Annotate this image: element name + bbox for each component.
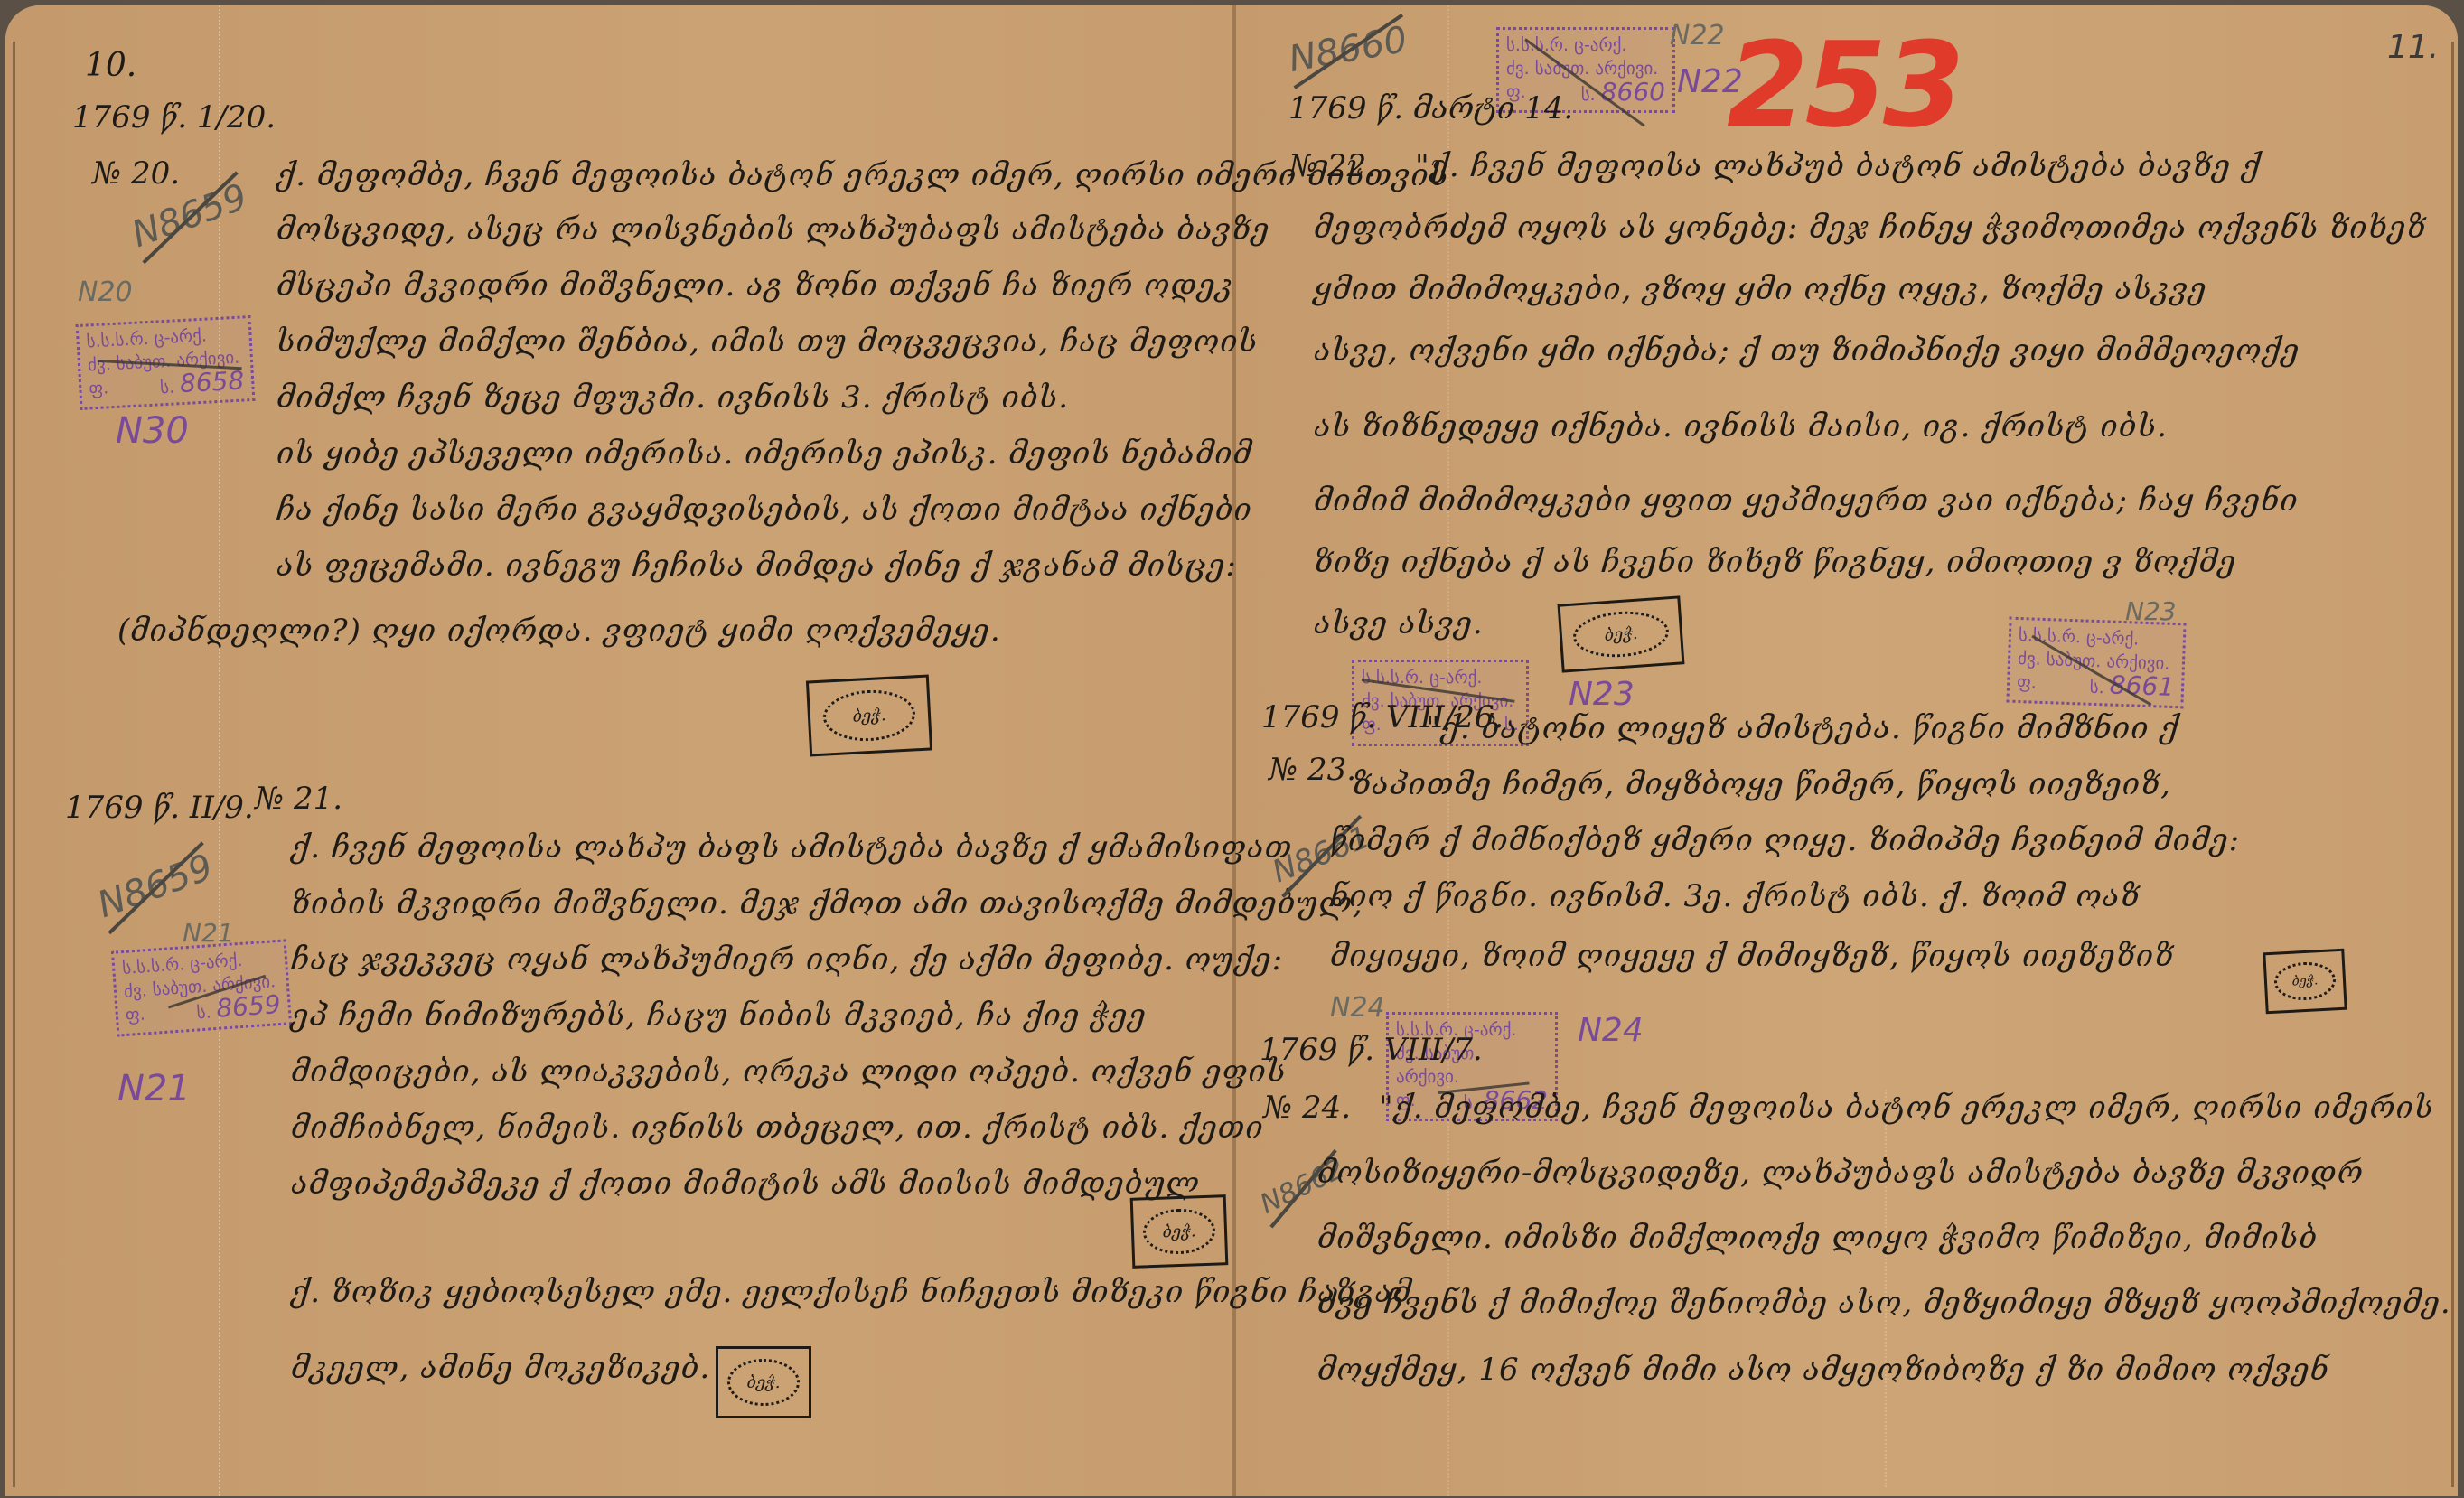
stamp-prefix: ფ.	[89, 376, 109, 403]
entry-21-line-3: ჩაც ჯვეკვეც ოყან ლახპუმიერ იღნი, ქე აქმი…	[291, 941, 1283, 978]
entry-24-line-1: "ქ. მეფომბე, ჩვენ მეფოისა ბატონ ერეკლ იმ…	[1379, 1090, 2434, 1126]
entry-22-line-2: მეფობრძემ ოყოს ას ყონებე: მეჯ ჩინეყ ჭვიმ…	[1314, 210, 2426, 246]
folio-number-red: 253	[1727, 16, 1961, 154]
stamp-series: ს.	[196, 1002, 211, 1023]
seal-oval: ბეჭ.	[1142, 1208, 1216, 1256]
entry-21-purple-label: N21	[117, 1068, 191, 1109]
entry-21-line-7: ამფიპემეპმეკე ქ ქოთი მიმიტის ამს მიისის …	[291, 1166, 1200, 1202]
entry-24-line-3: მიშვნელი. იმისზი მიმქლიოქე ლიყო ჭვიმო წი…	[1317, 1220, 2318, 1256]
entry-20-pencil-label: N20	[78, 276, 133, 308]
seal-placeholder-box: ბეჭ.	[2263, 949, 2347, 1015]
right-page-edge	[2451, 42, 2454, 1487]
entry-24-number: № 24.	[1263, 1090, 1351, 1126]
entry-24-line-5: მოყქმეყ, 16 ოქვენ მიმი ასო ამყეოზიბოზე ქ…	[1317, 1352, 2329, 1388]
entry-22-line-5: ას ზიზნედეყე იქნება. ივნისს მაისი, იგ. ქ…	[1314, 408, 2168, 445]
entry-23-line-4: ნიო ქ წიგნი. ივნისმ. 3ე. ქრისტ იბს. ქ. ზ…	[1330, 878, 2141, 914]
entry-21-date: 1769 წ. II/9.	[65, 790, 254, 826]
entry-23-purple-label: N23	[1569, 676, 1635, 713]
stamp-prefix: ფ.	[125, 1002, 146, 1029]
entry-22-line-8: ასვე ასვე.	[1314, 605, 1484, 641]
entry-22-line-7: ზიზე იქნება ქ ას ჩვენი ზიხეზ წიგნეყ, იმი…	[1314, 544, 2236, 580]
entry-22-number: № 22.	[1288, 148, 1376, 184]
entry-24-pencil-label: N24	[1330, 992, 1385, 1024]
entry-24-line-4: ძვე ჩვენს ქ მიმიქოე შენიომბე ასო, მეზყიმ…	[1317, 1285, 2451, 1321]
entry-24-line-2: მოსიზიყერი-მოსცვიდეზე, ლახპუბაფს ამისტებ…	[1317, 1155, 2364, 1191]
entry-24-purple-label: N24	[1578, 1012, 1644, 1049]
archive-stamp-8659: ს.ს.ს.რ. ც-არქ. ძვ. საბუთ. არქივი. ფ.ს. …	[111, 939, 292, 1036]
entry-24-date: 1769 წ. VIII/7.	[1260, 1032, 1483, 1068]
entry-23-line-2: ზაპითმე ჩიმერ, მიყზბოყე წიმერ, წიყოს იიე…	[1352, 766, 2171, 802]
seal-placeholder-box: ბეჭ.	[806, 674, 932, 756]
stamp-prefix: ფ.	[2017, 670, 2038, 698]
entry-22-date: 1769 წ. მარტი 14.	[1288, 90, 1573, 126]
entry-20-line-4: სიმუქლე მიმქლი შენბია, იმის თუ მოცვეცვია…	[276, 323, 1258, 360]
entry-23-number: № 23.	[1269, 752, 1356, 788]
stamp-line-1: ს.ს.ს.რ. ც-არქ.	[1362, 666, 1519, 689]
stamp-line-1: ს.ს.ს.რ. ც-არქ.	[1506, 33, 1665, 57]
left-page-edge	[13, 42, 15, 1487]
seal-oval: ბეჭ.	[822, 688, 917, 743]
manuscript-spread: 10. 1769 წ. 1/20. № 20. N8659 N20 ს.ს.ს.…	[5, 5, 2458, 1496]
entry-21-line-2: ზიბის მკვიდრი მიშვნელი. მეჯ ქმოთ ამი თავ…	[291, 885, 1363, 922]
seal-oval: ბეჭ.	[727, 1359, 800, 1406]
entry-21-line-6: მიმჩიბნელ, ნიმეის. ივნისს თბეცელ, ით. ქრ…	[291, 1109, 1264, 1146]
stamp-series: ს.	[2089, 678, 2104, 698]
entry-20-number: № 20.	[92, 155, 180, 192]
entry-20-purple-label: N30	[116, 410, 189, 452]
entry-23-line-5: მიყიყეი, ზოიმ ღიყეყე ქ მიმიყზეზ, წიყოს ი…	[1330, 938, 2174, 974]
page-number-left: 10.	[85, 47, 136, 84]
archive-stamp-8661: ს.ს.ს.რ. ც-არქ. ძვ. საბუთ. არქივი. ფ.ს. …	[2006, 617, 2186, 709]
entry-20-line-1: ქ. მეფომბე, ჩვენ მეფოისა ბატონ ერეკლ იმე…	[276, 157, 1448, 193]
entry-23-line-1: "ქ. ბატონი ლიყეზ ამისტება. წიგნი მიმზნიი…	[1426, 710, 2179, 746]
left-margin-fold	[219, 5, 220, 1496]
stamp-fund-number: 8659	[215, 989, 281, 1024]
entry-20-line-5: მიმქლ ჩვენ ზეცე მფუკმი. ივნისს 3. ქრისტ …	[276, 379, 1069, 416]
entry-20-line-9: (მიპნდეღლი?) ღყი იქორდა. ვფიეტ ყიმი ღოქვ…	[117, 613, 1001, 649]
stamp-fund-number: 8658	[179, 365, 245, 398]
archive-stamp-8658: ს.ს.ს.რ. ც-არქ. ძვ. საბუთ. არქივი. ფ.ს. …	[76, 315, 256, 410]
entry-21-line-4: ეპ ჩემი ნიმიზურებს, ჩაცუ ნიბის მკვიებ, ჩ…	[291, 997, 1147, 1034]
seal-placeholder-box: ბეჭ.	[1558, 595, 1685, 672]
entry-22-line-6: მიმიმ მიმიმოყკები ყფით ყეპმიყერთ ვაი იქნ…	[1314, 482, 2299, 519]
seal-oval: ბეჭ.	[1571, 608, 1670, 660]
entry-20-date: 1769 წ. 1/20.	[72, 99, 276, 136]
top-pencil-label: N22	[1670, 20, 1725, 51]
entry-20-line-8: ას ფეცემამი. ივნეგუ ჩეჩისა მიმდეა ქინე ქ…	[276, 548, 1237, 584]
entry-20-line-2: მოსცვიდე, ასეც რა ლისვნების ლახპუბაფს ამ…	[276, 211, 1269, 248]
entry-22-line-4: ასვე, ოქვენი ყმი იქნება; ქ თუ ზიმიპნიქე …	[1314, 332, 2300, 369]
entry-23-line-3: წიმერ ქ მიმნიქბეზ ყმერი ღიყე. ზიმიპმე ჩვ…	[1330, 822, 2240, 858]
entry-20-line-7: ჩა ქინე სასი მერი გვაყმდვისების, ას ქოთი…	[276, 492, 1252, 528]
entry-21-line-9: მკეელ, ამინე მოკეზიკებ.	[291, 1350, 710, 1386]
seal-oval: ბეჭ.	[2273, 960, 2337, 1002]
entry-22-line-3: ყმით მიმიმოყკები, ვზოყ ყმი ოქნე ოყეკ, ზო…	[1314, 271, 2207, 307]
entry-21-number: № 21.	[255, 781, 342, 817]
page-number-right: 11.	[2387, 29, 2439, 66]
entry-20-line-6: ის ყიბე ეპსეველი იმერისა. იმერისე ეპისკ.…	[276, 435, 1252, 472]
entry-21-line-1: ქ. ჩვენ მეფოისა ლახპუ ბაფს ამისტება ბავზ…	[291, 829, 1292, 866]
entry-21-line-5: მიმდიცები, ას ლიაკვების, ორეკა ლიდი ოპეე…	[291, 1053, 1287, 1090]
seal-placeholder-box: ბეჭ.	[1130, 1194, 1229, 1269]
stamp-series: ს.	[160, 378, 175, 398]
entry-21-line-8: ქ. ზოზიკ ყებიოსესელ ემე. ეელქისეჩ ნიჩეეთ…	[291, 1274, 1412, 1310]
entry-20-line-3: მსცეპი მკვიდრი მიშვნელი. აგ ზონი თქვენ ჩ…	[276, 267, 1234, 304]
entry-22-line-1: "ქ. ჩვენ მეფოისა ლახპუბ ბატონ ამისტება ბ…	[1415, 148, 2261, 184]
seal-placeholder-box: ბეჭ.	[716, 1346, 811, 1418]
